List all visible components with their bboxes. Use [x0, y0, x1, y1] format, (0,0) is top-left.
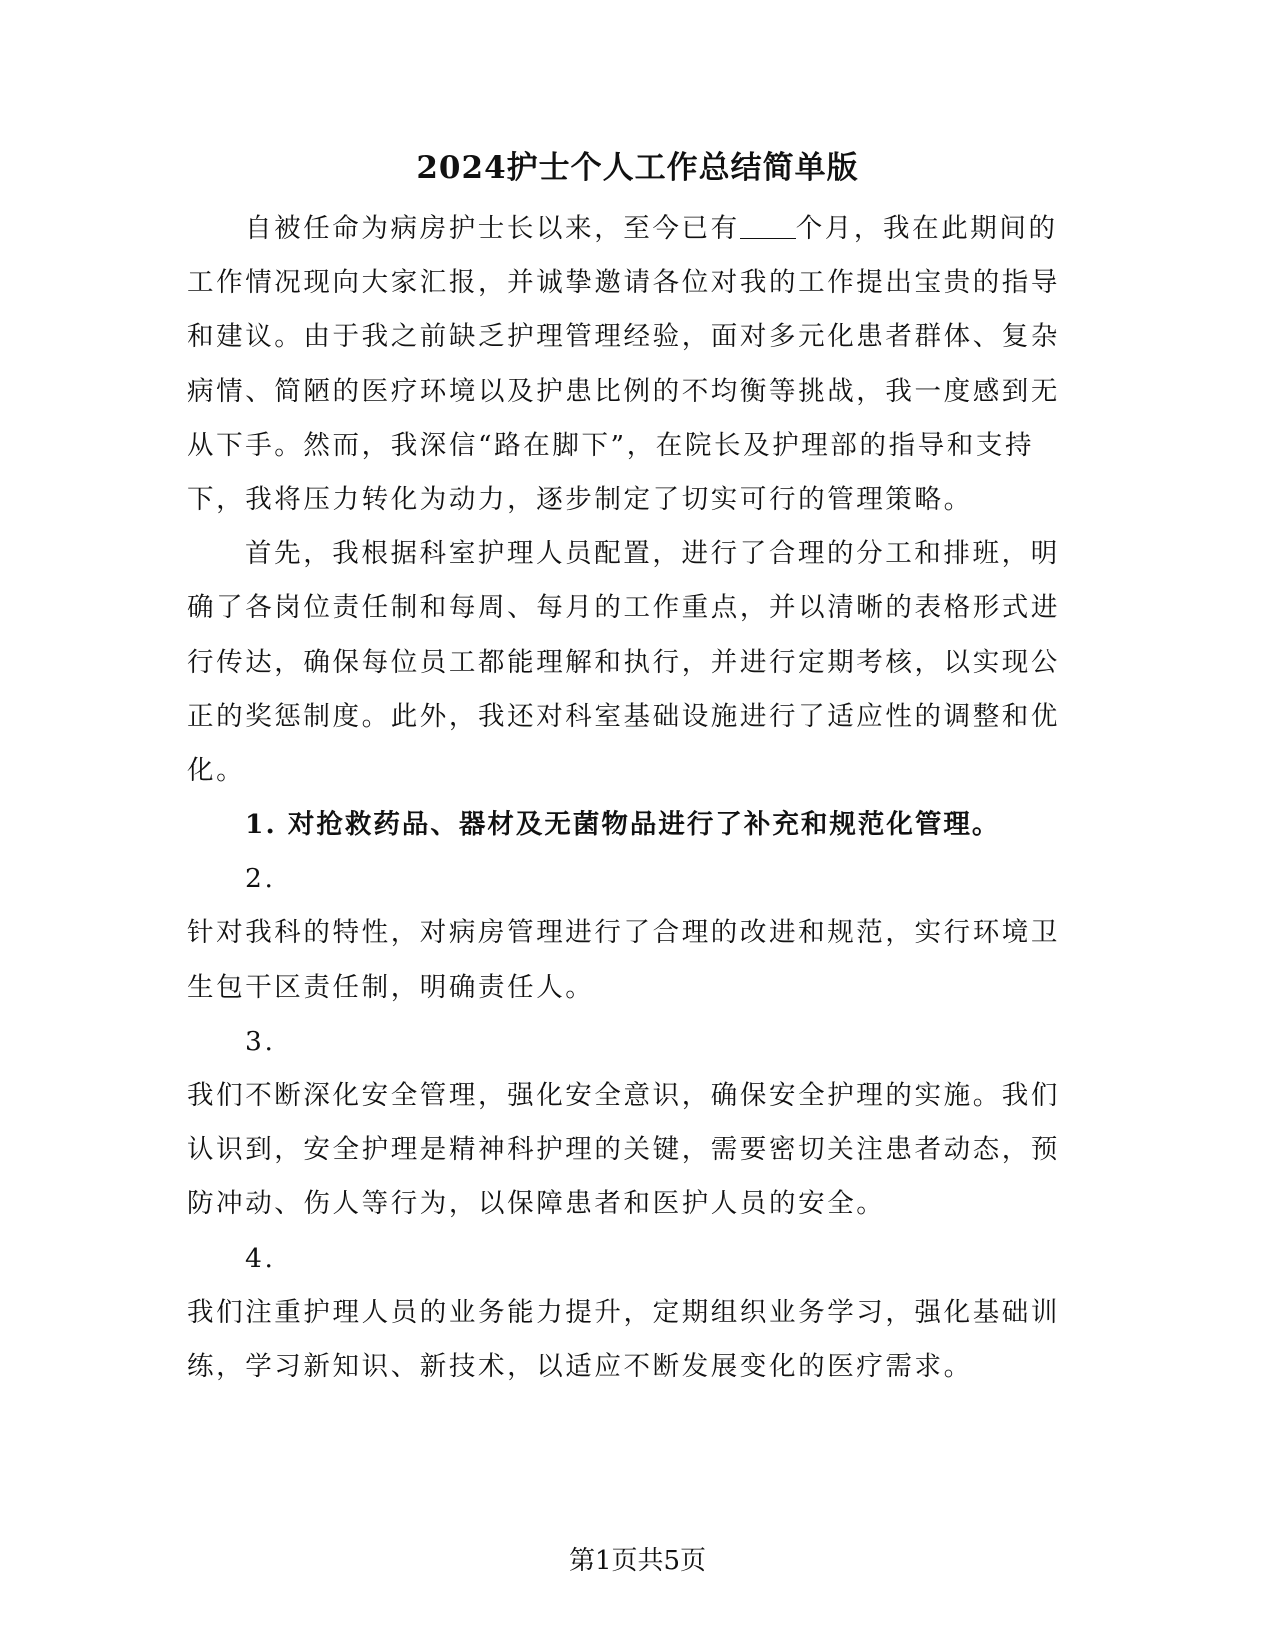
paragraph-line: 病情、简陋的医疗环境以及护患比例的不均衡等挑战，我一度感到无 — [187, 365, 1069, 419]
page-footer: 第1页共5页 — [0, 1540, 1275, 1577]
paragraph-line: 化。 — [187, 744, 1069, 798]
paragraph-line: 下，我将压力转化为动力，逐步制定了切实可行的管理策略。 — [187, 473, 1069, 527]
document-page: 2024护士个人工作总结简单版 自被任命为病房护士长以来，至今已有个月，我在此期… — [0, 0, 1275, 1650]
paragraph-line: 首先，我根据科室护理人员配置，进行了合理的分工和排班，明 — [187, 527, 1069, 581]
document-body: 自被任命为病房护士长以来，至今已有个月，我在此期间的 工作情况现向大家汇报，并诚… — [187, 202, 1069, 1394]
list-item-line: 认识到，安全护理是精神科护理的关键，需要密切关注患者动态，预 — [187, 1123, 1069, 1177]
list-number: 3. — [187, 1015, 1069, 1069]
document-title: 2024护士个人工作总结简单版 — [0, 142, 1275, 187]
list-item-line: 针对我科的特性，对病房管理进行了合理的改进和规范，实行环境卫 — [187, 906, 1069, 960]
paragraph-line: 和建议。由于我之前缺乏护理管理经验，面对多元化患者群体、复杂 — [187, 310, 1069, 364]
paragraph-line: 行传达，确保每位员工都能理解和执行，并进行定期考核，以实现公 — [187, 636, 1069, 690]
list-item-text: 对抢救药品、器材及无菌物品进行了补充和规范化管理。 — [288, 809, 1001, 840]
list-item-line: 防冲动、伤人等行为，以保障患者和医护人员的安全。 — [187, 1177, 1069, 1231]
paragraph-line: 工作情况现向大家汇报，并诚挚邀请各位对我的工作提出宝贵的指导 — [187, 256, 1069, 310]
list-item-line: 练，学习新知识、新技术，以适应不断发展变化的医疗需求。 — [187, 1340, 1069, 1394]
list-number: 1. — [245, 809, 277, 840]
list-item-line: 我们不断深化安全管理，强化安全意识，确保安全护理的实施。我们 — [187, 1069, 1069, 1123]
paragraph-line: 从下手。然而，我深信“路在脚下”，在院长及护理部的指导和支持 — [187, 419, 1069, 473]
list-item-line: 我们注重护理人员的业务能力提升，定期组织业务学习，强化基础训 — [187, 1286, 1069, 1340]
paragraph-line: 正的奖惩制度。此外，我还对科室基础设施进行了适应性的调整和优 — [187, 690, 1069, 744]
paragraph-line: 确了各岗位责任制和每周、每月的工作重点，并以清晰的表格形式进 — [187, 581, 1069, 635]
list-item-1: 1. 对抢救药品、器材及无菌物品进行了补充和规范化管理。 — [187, 798, 1069, 852]
list-number: 2. — [187, 852, 1069, 906]
list-number: 4. — [187, 1232, 1069, 1286]
list-item-line: 生包干区责任制，明确责任人。 — [187, 961, 1069, 1015]
fill-in-blank — [740, 210, 796, 239]
text-span: 个月，我在此期间的 — [796, 213, 1058, 244]
text-span: 自被任命为病房护士长以来，至今已有 — [245, 213, 740, 244]
paragraph-line: 自被任命为病房护士长以来，至今已有个月，我在此期间的 — [187, 202, 1069, 256]
